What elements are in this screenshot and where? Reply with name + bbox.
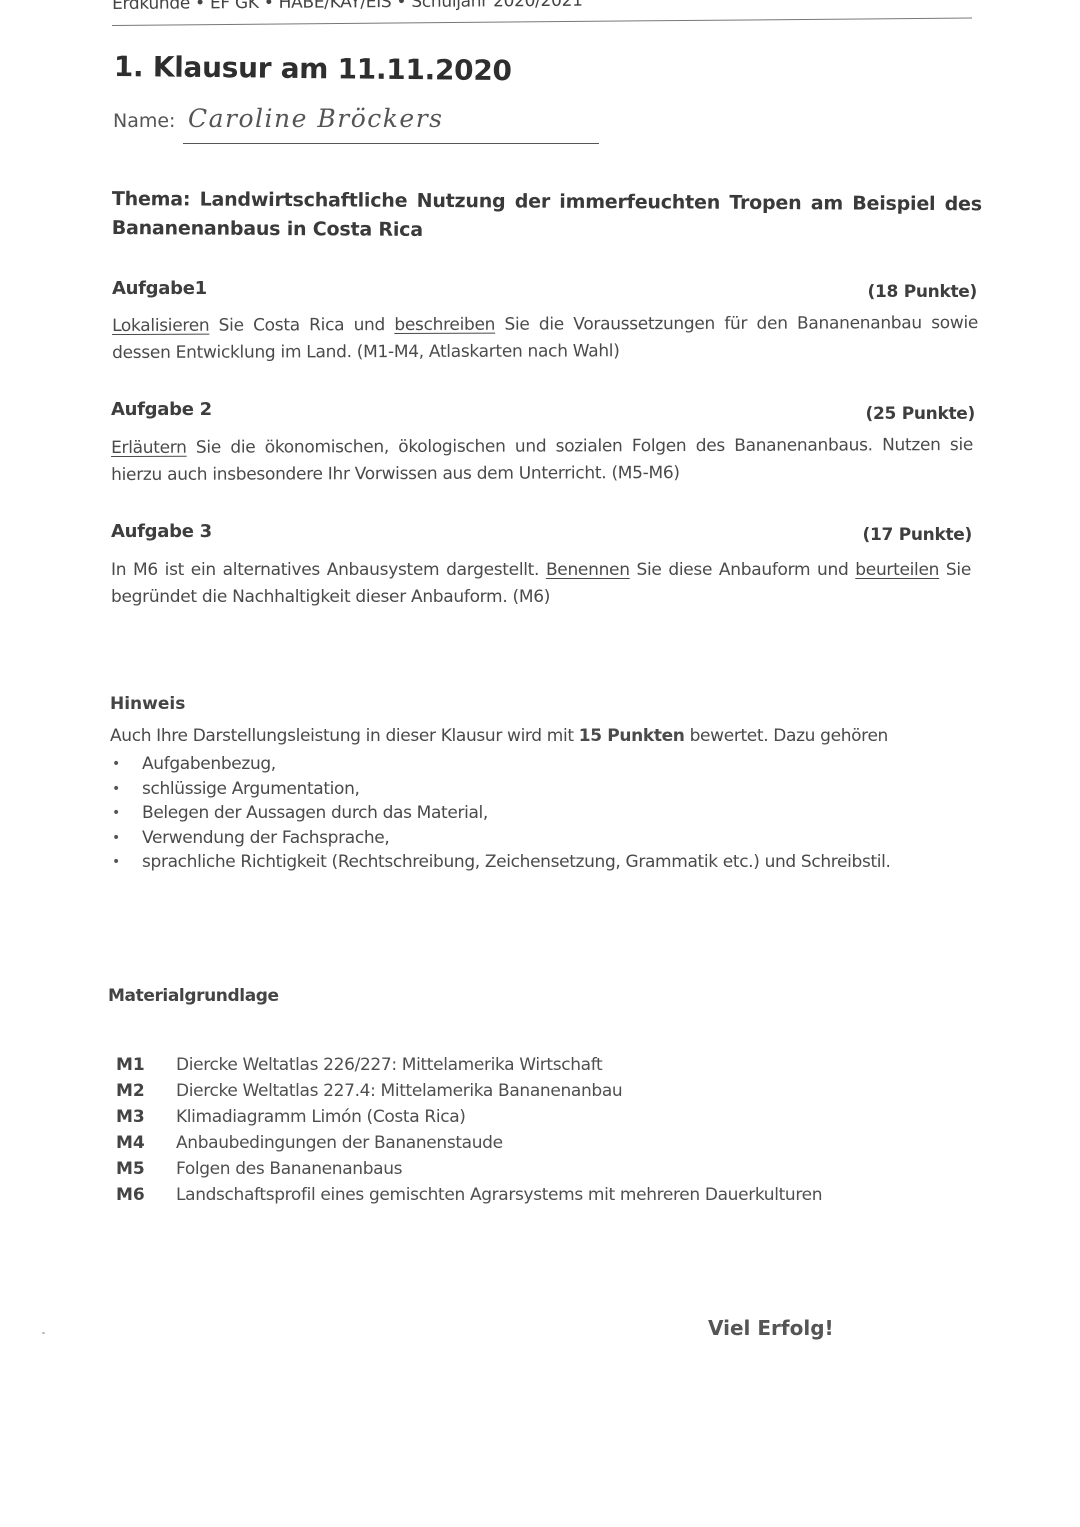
topic-text: Landwirtschaftliche Nutzung der immerfeu… [112, 189, 982, 241]
task-3-heading: Aufgabe 3 [111, 521, 212, 542]
document-header: Erdkunde • EF GK • HABE/KAY/EIS • Schulj… [112, 0, 583, 14]
hint-item: •Aufgabenbezug, [110, 752, 891, 777]
task-2-points: (25 Punkte) [800, 404, 975, 424]
materials-list: M1Diercke Weltatlas 226/227: Mittelameri… [116, 1052, 822, 1208]
task-3-text: In M6 ist ein alternatives Anbausystem d… [111, 557, 971, 611]
bullet-icon: • [112, 850, 120, 875]
operator-benennen: Benennen [546, 560, 630, 580]
task-2-text: Erläutern Sie die ökonomischen, ökologis… [111, 432, 973, 489]
name-label: Name: [113, 110, 175, 132]
material-item: M3Klimadiagramm Limón (Costa Rica) [116, 1104, 822, 1130]
header-rule [112, 17, 972, 26]
operator-beurteilen: beurteilen [855, 560, 939, 580]
scan-speck [42, 1332, 45, 1334]
bullet-icon: • [112, 777, 120, 802]
name-underline [183, 143, 599, 144]
topic-label: Thema: [112, 188, 191, 210]
hint-item: •Belegen der Aussagen durch das Material… [110, 801, 891, 826]
hint-item: •Verwendung der Fachsprache, [110, 826, 891, 851]
hint-points: 15 Punkten [579, 726, 685, 746]
material-item: M1Diercke Weltatlas 226/227: Mittelameri… [116, 1052, 822, 1078]
page-title: 1. Klausur am 11.11.2020 [114, 50, 512, 87]
name-field[interactable]: Caroline Bröckers [188, 104, 443, 133]
operator-erlaeutern: Erläutern [111, 438, 187, 458]
materials-heading: Materialgrundlage [108, 986, 279, 1006]
task-3-points: (17 Punkte) [800, 525, 972, 545]
hint-heading: Hinweis [110, 694, 185, 714]
hint-list: •Aufgabenbezug, •schlüssige Argumentatio… [110, 752, 891, 875]
bullet-icon: • [112, 752, 120, 777]
hint-item: •sprachliche Richtigkeit (Rechtschreibun… [110, 850, 891, 875]
material-item: M2Diercke Weltatlas 227.4: Mittelamerika… [116, 1078, 822, 1104]
material-item: M5Folgen des Bananenanbaus [116, 1156, 822, 1182]
material-item: M6Landschaftsprofil eines gemischten Agr… [116, 1182, 822, 1208]
task-1-text: Lokalisieren Sie Costa Rica und beschrei… [112, 310, 978, 367]
operator-beschreiben: beschreiben [394, 315, 495, 335]
operator-lokalisieren: Lokalisieren [112, 316, 209, 336]
hint-text: Auch Ihre Darstellungsleistung in dieser… [110, 726, 888, 746]
topic: Thema: Landwirtschaftliche Nutzung der i… [112, 185, 982, 248]
task-1-points: (18 Punkte) [800, 282, 977, 302]
task-1-heading: Aufgabe1 [112, 278, 207, 299]
hint-item: •schlüssige Argumentation, [110, 777, 891, 802]
bullet-icon: • [112, 801, 120, 826]
closing-greeting: Viel Erfolg! [708, 1316, 834, 1340]
task-2-heading: Aufgabe 2 [111, 399, 212, 420]
bullet-icon: • [112, 826, 120, 851]
material-item: M4Anbaubedingungen der Bananenstaude [116, 1130, 822, 1156]
